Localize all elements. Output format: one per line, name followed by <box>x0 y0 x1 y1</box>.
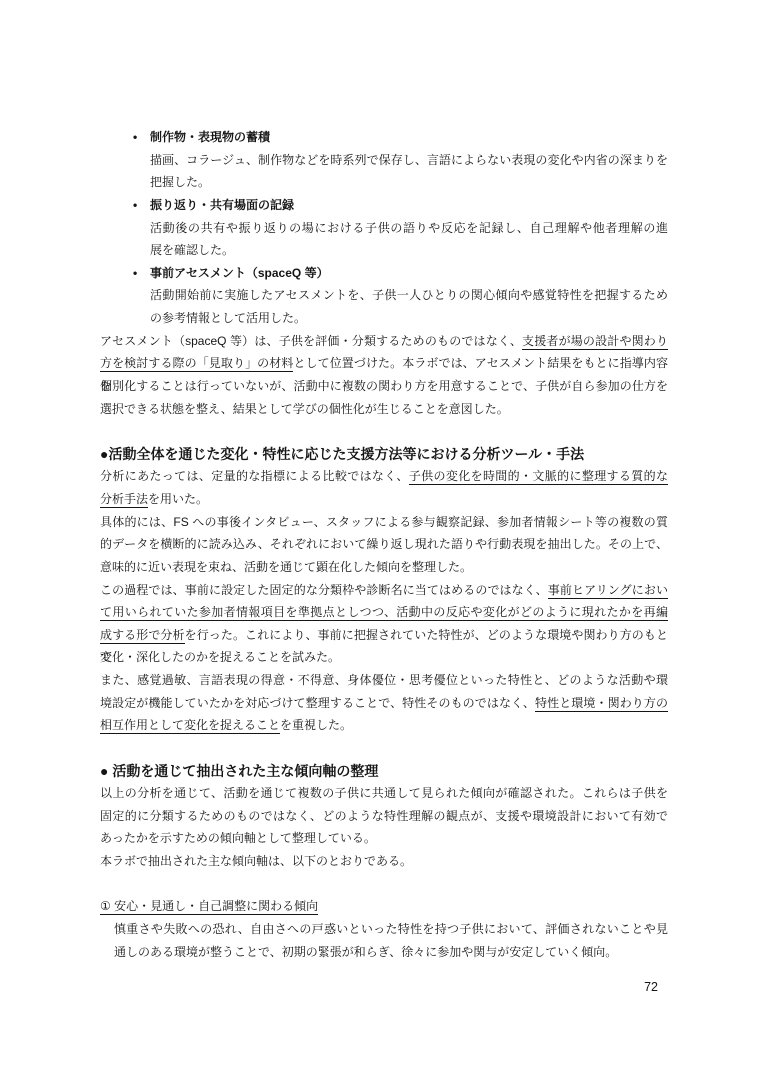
text-segment: また、感覚過敏、言語表現の得意・不得意、身体優位・思考優位といった特性と、どのよ… <box>100 673 668 687</box>
spacer-line <box>100 420 668 443</box>
text-line: •事前アセスメント（spaceQ 等） <box>100 262 668 285</box>
text-line: ① 安心・見通し・自己調整に関わる傾向 <box>100 895 668 918</box>
text-line: 展を確認した。 <box>100 239 668 262</box>
text-segment: を用いた。 <box>148 492 208 506</box>
underlined-text: 成する形で分析 <box>100 628 185 644</box>
text-segment: この過程では、事前に設定した固定的な分類枠や診断名に当てはめるのではなく、 <box>100 583 548 597</box>
text-segment: ●活動全体を通じた変化・特性に応じた支援方法等における分析ツール・手法 <box>100 446 584 462</box>
text-line: 慎重さや失敗への恐れ、自由さへの戸惑いといった特性を持つ子供において、評価されな… <box>100 918 668 941</box>
text-segment: 意味的に近い表現を束ね、活動を通じて顕在化した傾向を整理した。 <box>100 560 472 574</box>
document-page: •制作物・表現物の蓄積描画、コラージュ、制作物などを時系列で保存し、言語によらな… <box>0 0 768 1087</box>
text-line: アセスメント（spaceQ 等）は、子供を評価・分類するためのものではなく、支援… <box>100 330 668 353</box>
bullet-icon: • <box>133 194 137 217</box>
text-segment: 制作物・表現物の蓄積 <box>150 130 270 144</box>
bullet-icon: • <box>133 126 137 149</box>
text-line: 意味的に近い表現を束ね、活動を通じて顕在化した傾向を整理した。 <box>100 556 668 579</box>
text-segment: 分析にあたっては、定量的な指標による比較ではなく、 <box>100 469 409 483</box>
text-segment: 活動後の共有や振り返りの場における子供の語りや反応を記録し、自己理解や他者理解の… <box>150 221 668 235</box>
spacer-line <box>100 873 668 896</box>
text-line: 分析にあたっては、定量的な指標による比較ではなく、子供の変化を時間的・文脈的に整… <box>100 465 668 488</box>
text-segment: 活動開始前に実施したアセスメントを、子供一人ひとりの関心傾向や感覚特性を把握する… <box>150 288 668 302</box>
underlined-text: て用いられていた参加者情報項目を準拠点としつつ、活動中の反応や変化がどのように現… <box>100 605 668 621</box>
underlined-text: 特性と環境・関わり方の <box>535 696 668 712</box>
underlined-text: 事前ヒアリングにおい <box>548 583 668 599</box>
text-segment: を重視した。 <box>280 718 352 732</box>
text-segment: 事前アセスメント（spaceQ 等） <box>150 266 329 280</box>
document-content: •制作物・表現物の蓄積描画、コラージュ、制作物などを時系列で保存し、言語によらな… <box>100 126 668 963</box>
text-line: 固定的に分類するためのものではなく、どのような特性理解の観点が、支援や環境設計に… <box>100 805 668 828</box>
text-line: て用いられていた参加者情報項目を準拠点としつつ、活動中の反応や変化がどのように現… <box>100 601 668 624</box>
text-line: 通しのある環境が整うことで、初期の緊張が和らぎ、徐々に参加や関与が安定していく傾… <box>100 941 668 964</box>
text-line: 把握した。 <box>100 171 668 194</box>
underlined-text: 相互作用として変化を捉えること <box>100 718 280 734</box>
text-line: 変化・深化したのかを捉えることを試みた。 <box>100 646 668 669</box>
text-line: 的データを横断的に読み込み、それぞれにおいて繰り返し現れた語りや行動表現を抽出し… <box>100 533 668 556</box>
text-line: 方を検討する際の「見取り」の材料として位置づけた。本ラボでは、アセスメント結果を… <box>100 352 668 375</box>
text-segment: 本ラボで抽出された主な傾向軸は、以下のとおりである。 <box>100 854 412 868</box>
underlined-text: ① 安心・見通し・自己調整に関わる傾向 <box>100 899 318 915</box>
text-line: 選択できる状態を整え、結果として学びの個性化が生じることを意図した。 <box>100 398 668 421</box>
text-line: 境設定が機能していたかを対応づけて整理することで、特性そのものではなく、特性と環… <box>100 692 668 715</box>
text-line: 相互作用として変化を捉えることを重視した。 <box>100 714 668 737</box>
text-line: 分析手法を用いた。 <box>100 488 668 511</box>
text-segment: 具体的には、FS への事後インタビュー、スタッフによる参与観察記録、参加者情報シ… <box>100 515 668 529</box>
text-line: •制作物・表現物の蓄積 <box>100 126 668 149</box>
text-segment: 慎重さや失敗への恐れ、自由さへの戸惑いといった特性を持つ子供において、評価されな… <box>114 922 668 936</box>
text-line: ●活動全体を通じた変化・特性に応じた支援方法等における分析ツール・手法 <box>100 443 668 466</box>
text-line: この過程では、事前に設定した固定的な分類枠や診断名に当てはめるのではなく、事前ヒ… <box>100 579 668 602</box>
text-line: あったかを示すための傾向軸として整理している。 <box>100 827 668 850</box>
text-line: 描画、コラージュ、制作物などを時系列で保存し、言語によらない表現の変化や内省の深… <box>100 149 668 172</box>
underlined-text: 分析手法 <box>100 492 148 508</box>
text-segment: 振り返り・共有場面の記録 <box>150 198 294 212</box>
text-segment: 展を確認した。 <box>150 243 234 257</box>
text-segment: 把握した。 <box>150 175 210 189</box>
text-segment: の参考情報として活用した。 <box>150 311 306 325</box>
text-line: •振り返り・共有場面の記録 <box>100 194 668 217</box>
text-line: 本ラボで抽出された主な傾向軸は、以下のとおりである。 <box>100 850 668 873</box>
text-segment: 描画、コラージュ、制作物などを時系列で保存し、言語によらない表現の変化や内省の深… <box>150 153 668 167</box>
text-segment: 通しのある環境が整うことで、初期の緊張が和らぎ、徐々に参加や関与が安定していく傾… <box>114 945 617 959</box>
text-line: 活動開始前に実施したアセスメントを、子供一人ひとりの関心傾向や感覚特性を把握する… <box>100 284 668 307</box>
text-segment: 以上の分析を通じて、活動を通じて複数の子供に共通して見られた傾向が確認された。こ… <box>100 786 668 800</box>
text-segment: あったかを示すための傾向軸として整理している。 <box>100 831 376 845</box>
text-segment: 変化・深化したのかを捉えることを試みた。 <box>100 650 340 664</box>
text-line: また、感覚過敏、言語表現の得意・不得意、身体優位・思考優位といった特性と、どのよ… <box>100 669 668 692</box>
text-segment: 選択できる状態を整え、結果として学びの個性化が生じることを意図した。 <box>100 402 509 416</box>
text-line: の参考情報として活用した。 <box>100 307 668 330</box>
spacer-line <box>100 737 668 760</box>
text-segment: アセスメント（spaceQ 等）は、子供を評価・分類するためのものではなく、 <box>100 334 522 348</box>
text-segment: 個別化することは行っていないが、活動中に複数の関わり方を用意することで、子供が自… <box>100 379 668 393</box>
underlined-text: 支援者が場の設計や関わり <box>522 334 668 350</box>
underlined-text: 方を検討する際の「見取り」の材料 <box>100 356 293 372</box>
text-line: 活動後の共有や振り返りの場における子供の語りや反応を記録し、自己理解や他者理解の… <box>100 217 668 240</box>
underlined-text: 子供の変化を時間的・文脈的に整理する質的な <box>409 469 668 485</box>
text-segment: 固定的に分類するためのものではなく、どのような特性理解の観点が、支援や環境設計に… <box>100 809 668 823</box>
bullet-icon: • <box>133 262 137 285</box>
text-line: 成する形で分析を行った。これにより、事前に把握されていた特性が、どのような環境や… <box>100 624 668 647</box>
page-number: 72 <box>644 980 658 994</box>
text-line: ● 活動を通じて抽出された主な傾向軸の整理 <box>100 760 668 783</box>
text-line: 以上の分析を通じて、活動を通じて複数の子供に共通して見られた傾向が確認された。こ… <box>100 782 668 805</box>
text-segment: 境設定が機能していたかを対応づけて整理することで、特性そのものではなく、 <box>100 696 535 710</box>
text-line: 具体的には、FS への事後インタビュー、スタッフによる参与観察記録、参加者情報シ… <box>100 511 668 534</box>
text-line: 個別化することは行っていないが、活動中に複数の関わり方を用意することで、子供が自… <box>100 375 668 398</box>
text-segment: ● 活動を通じて抽出された主な傾向軸の整理 <box>100 763 378 779</box>
text-segment: 的データを横断的に読み込み、それぞれにおいて繰り返し現れた語りや行動表現を抽出し… <box>100 537 668 551</box>
